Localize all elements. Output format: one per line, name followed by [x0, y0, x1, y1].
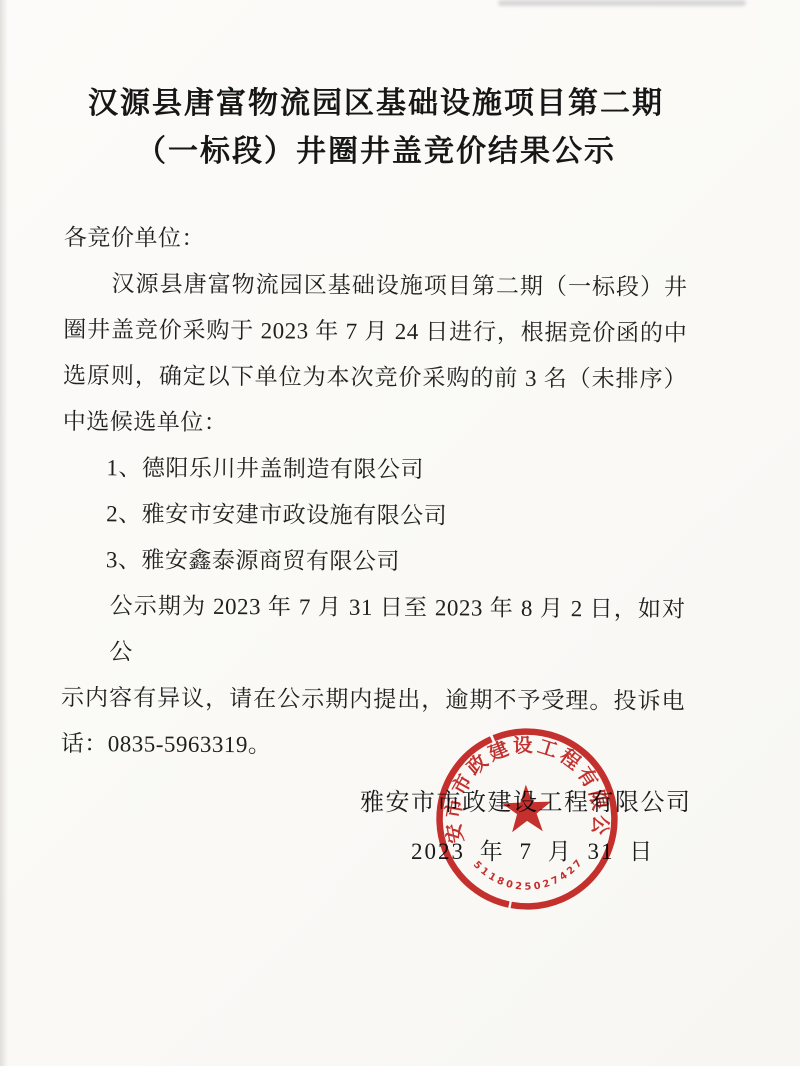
candidate-item-2: 2、雅安市安建市政设施有限公司	[62, 491, 686, 541]
notice-title-line2: （一标段）井圈井盖竞价结果公示	[0, 128, 752, 176]
seal-arc-company-text: 雅安市市政建设工程有限公司	[431, 723, 613, 846]
paragraph1-line2: 圈井盖竞价采购于 2023 年 7 月 24 日进行，根据竞价函的中	[63, 307, 687, 357]
scanned-notice-page: { "document": { "title_line1": "汉源县唐富物流园…	[0, 0, 800, 1066]
notice-title: 汉源县唐富物流园区基础设施项目第二期 （一标段）井圈井盖竞价结果公示	[0, 80, 752, 176]
paragraph2-line2: 示内容有异议，请在公示期内提出，逾期不予受理。投诉电	[61, 675, 685, 725]
paragraph2-line1: 公示期为 2023 年 7 月 31 日至 2023 年 8 月 2 日，如对公	[61, 583, 686, 679]
company-seal-svg: 雅安市市政建设工程有限公司 5118025027427	[431, 723, 623, 915]
candidate-item-3: 3、雅安鑫泰源商贸有限公司	[62, 537, 686, 587]
seal-star-icon	[501, 784, 552, 833]
notice-title-line1: 汉源县唐富物流园区基础设施项目第二期	[0, 80, 752, 128]
company-seal-stamp: 雅安市市政建设工程有限公司 5118025027427	[431, 723, 623, 915]
seal-registration-code: 5118025027427	[471, 856, 588, 895]
candidate-item-1: 1、德阳乐川井盖制造有限公司	[62, 445, 686, 495]
salutation: 各竞价单位：	[64, 215, 688, 265]
paragraph1-line3: 选原则，确定以下单位为本次竞价采购的前 3 名（未排序）	[63, 353, 687, 403]
paragraph1-line4: 中选候选单位：	[63, 399, 687, 449]
notice-body: 各竞价单位： 汉源县唐富物流园区基础设施项目第二期（一标段）井 圈井盖竞价采购于…	[61, 215, 688, 771]
paragraph1-line1: 汉源县唐富物流园区基础设施项目第二期（一标段）井	[63, 261, 687, 311]
scan-top-smudge-artifact	[498, 0, 746, 6]
